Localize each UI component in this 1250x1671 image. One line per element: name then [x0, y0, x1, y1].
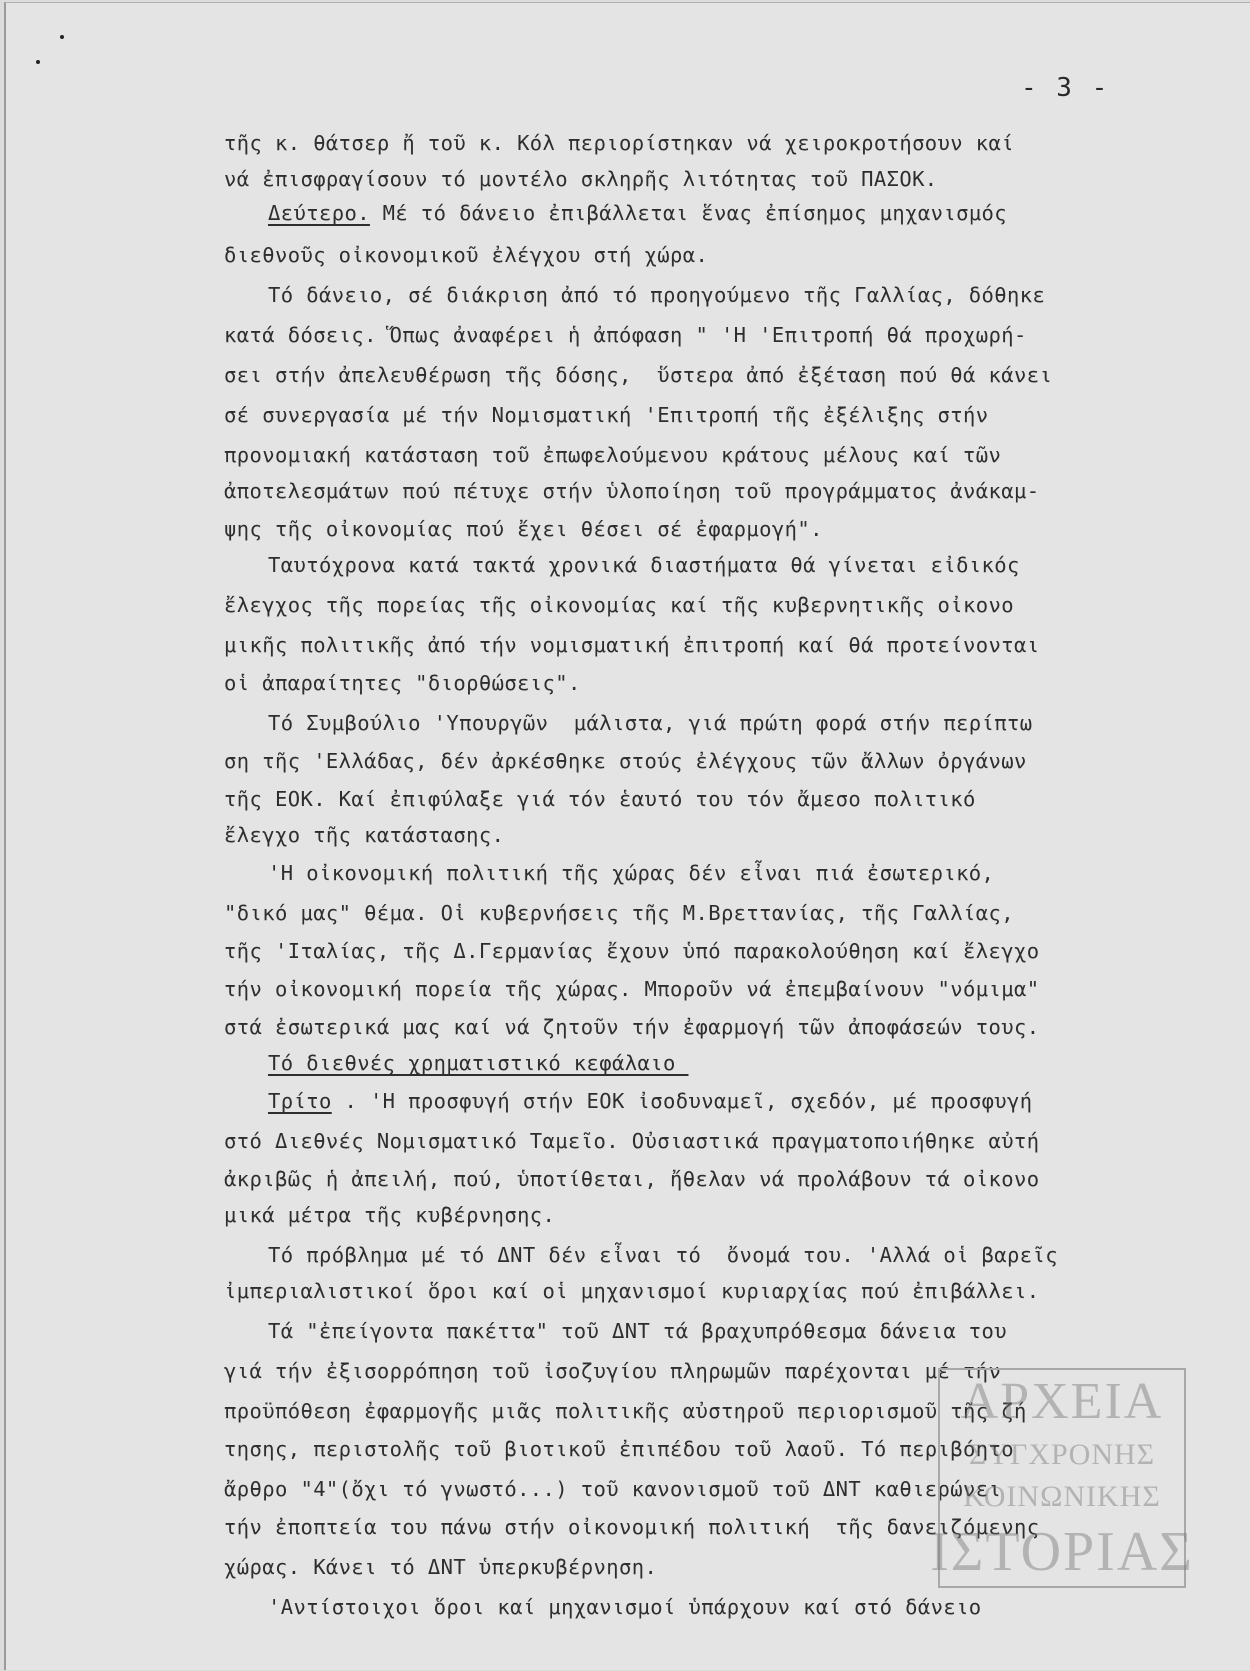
- text-line: Τρίτο . 'Η προσφυγή στήν ΕΟΚ ἰσοδυναμεῖ,…: [268, 1089, 1033, 1113]
- underlined-heading: Τρίτο: [268, 1089, 332, 1113]
- text-line: Τά "ἐπείγοντα πακέττα" τοῦ ΔΝΤ τά βραχυπ…: [268, 1319, 1007, 1343]
- text-span: ψης τῆς οἰκονομίας πού ἔχει θέσει σέ ἐφα…: [224, 517, 823, 541]
- text-span: ἀκριβῶς ἡ ἀπειλή, πού, ὑποτίθεται, ἤθελα…: [224, 1167, 1040, 1191]
- text-span: ἀποτελεσμάτων πού πέτυχε στήν ὑλοποίηση …: [224, 479, 1040, 503]
- text-span: στό Διεθνές Νομισματικό Ταμεῖο. Οὐσιαστι…: [224, 1129, 1040, 1153]
- text-span: Τό Συμβούλιο 'Υπουργῶν μάλιστα, γιά πρώτ…: [268, 711, 1033, 735]
- text-line: νά ἐπισφραγίσουν τό μοντέλο σκληρῆς λιτό…: [224, 167, 938, 191]
- text-line: Ταυτόχρονα κατά τακτά χρονικά διαστήματα…: [268, 553, 1020, 577]
- text-span: ση τῆς 'Ελλάδας, δέν ἀρκέσθηκε στούς ἐλέ…: [224, 749, 1027, 773]
- page-number: - 3 -: [1021, 73, 1109, 103]
- text-span: τῆς 'Ιταλίας, τῆς Δ.Γερμανίας ἔχουν ὑπό …: [224, 939, 1040, 963]
- watermark-line: ΚΟΙΝΩΝΙΚΗΣ: [963, 1482, 1161, 1512]
- text-line: τησης, περιστολῆς τοῦ βιοτικοῦ ἐπιπέδου …: [224, 1437, 1014, 1461]
- text-line: τῆς κ. θάτσερ ἤ τοῦ κ. Κόλ περιορίστηκαν…: [224, 131, 1014, 155]
- text-line: ἔλεγχο τῆς κατάστασης.: [224, 823, 504, 847]
- text-span: . 'Η προσφυγή στήν ΕΟΚ ἰσοδυναμεῖ, σχεδό…: [332, 1089, 1033, 1113]
- text-line: στά ἐσωτερικά μας καί νά ζητοῦν τήν ἐφαρ…: [224, 1015, 1040, 1039]
- text-line: προϋπόθεση ἐφαρμογῆς μιᾶς πολιτικῆς αὐστ…: [224, 1399, 1027, 1423]
- text-span: "δικό μας" θέμα. Οἱ κυβερνήσεις τῆς Μ.Βρ…: [224, 901, 1014, 925]
- watermark-line: ΑΡΧΕΙΑ: [961, 1376, 1164, 1428]
- underlined-heading: Δεύτερο.: [268, 201, 370, 225]
- text-span: Μέ τό δάνειο ἐπιβάλλεται ἕνας ἐπίσημος μ…: [370, 201, 1007, 225]
- watermark-line: ΙΣΤΟΡΙΑΣ: [930, 1524, 1194, 1580]
- text-line: ἄρθρο "4"(ὄχι τό γνωστό...) τοῦ κανονισμ…: [224, 1477, 1001, 1501]
- text-line: μικῆς πολιτικῆς ἀπό τήν νομισματική ἐπιτ…: [224, 633, 1040, 657]
- text-span: Τό δάνειο, σέ διάκριση ἀπό τό προηγούμεν…: [268, 283, 1045, 307]
- text-line: 'Η οἰκονομική πολιτική τῆς χώρας δέν εἶν…: [268, 861, 994, 885]
- text-line: στό Διεθνές Νομισματικό Ταμεῖο. Οὐσιαστι…: [224, 1129, 1040, 1153]
- text-span: 'Αντίστοιχοι ὅροι καί μηχανισμοί ὑπάρχου…: [268, 1595, 982, 1619]
- text-line: ση τῆς 'Ελλάδας, δέν ἀρκέσθηκε στούς ἐλέ…: [224, 749, 1027, 773]
- text-line: ἔλεγχος τῆς πορείας τῆς οἰκονομίας καί τ…: [224, 593, 1014, 617]
- text-line: ἰμπεριαλιστικοί ὅροι καί οἱ μηχανισμοί κ…: [224, 1279, 1040, 1303]
- text-line: διεθνοῦς οἰκονομικοῦ ἐλέγχου στή χώρα.: [224, 243, 708, 267]
- text-line: γιά τήν ἐξισορρόπηση τοῦ ἰσοζυγίου πληρω…: [224, 1359, 1001, 1383]
- text-line: 'Αντίστοιχοι ὅροι καί μηχανισμοί ὑπάρχου…: [268, 1595, 982, 1619]
- text-line: χώρας. Κάνει τό ΔΝΤ ὑπερκυβέρνηση.: [224, 1555, 657, 1579]
- text-line: τῆς 'Ιταλίας, τῆς Δ.Γερμανίας ἔχουν ὑπό …: [224, 939, 1040, 963]
- text-span: σέ συνεργασία μέ τήν Νομισματική 'Επιτρο…: [224, 403, 989, 427]
- text-line: ἀποτελεσμάτων πού πέτυχε στήν ὑλοποίηση …: [224, 479, 1040, 503]
- text-span: 'Η οἰκονομική πολιτική τῆς χώρας δέν εἶν…: [268, 861, 994, 885]
- text-span: ἰμπεριαλιστικοί ὅροι καί οἱ μηχανισμοί κ…: [224, 1279, 1040, 1303]
- text-span: προνομιακή κατάσταση τοῦ ἐπωφελούμενου κ…: [224, 443, 1001, 467]
- scanned-page: - 3 - τῆς κ. θάτσερ ἤ τοῦ κ. Κόλ περιορί…: [4, 2, 1250, 1670]
- text-span: ἄρθρο "4"(ὄχι τό γνωστό...) τοῦ κανονισμ…: [224, 1477, 1001, 1501]
- underlined-heading: Τό διεθνές χρηματιστικό κεφάλαιο: [268, 1051, 689, 1075]
- text-line: Τό πρόβλημα μέ τό ΔΝΤ δέν εἶναι τό ὄνομά…: [268, 1243, 1058, 1267]
- text-line: Τό διεθνές χρηματιστικό κεφάλαιο: [268, 1051, 689, 1075]
- text-span: τήν ἐποπτεία του πάνω στήν οἰκονομική πο…: [224, 1515, 1040, 1539]
- text-span: μικά μέτρα τῆς κυβέρνησης.: [224, 1203, 555, 1227]
- ink-speck: [60, 35, 64, 39]
- text-span: Τά "ἐπείγοντα πακέττα" τοῦ ΔΝΤ τά βραχυπ…: [268, 1319, 1007, 1343]
- text-line: τήν οἰκονομική πορεία τῆς χώρας. Μποροῦν…: [224, 977, 1040, 1001]
- text-line: "δικό μας" θέμα. Οἱ κυβερνήσεις τῆς Μ.Βρ…: [224, 901, 1014, 925]
- text-span: τῆς ΕΟΚ. Καί ἐπιφύλαξε γιά τόν ἑαυτό του…: [224, 787, 976, 811]
- text-line: Δεύτερο. Μέ τό δάνειο ἐπιβάλλεται ἕνας ἐ…: [268, 201, 1007, 225]
- text-span: στά ἐσωτερικά μας καί νά ζητοῦν τήν ἐφαρ…: [224, 1015, 1040, 1039]
- text-line: τήν ἐποπτεία του πάνω στήν οἰκονομική πο…: [224, 1515, 1040, 1539]
- watermark-line: ΣΥΓΧΡΟΝΗΣ: [969, 1440, 1155, 1470]
- text-span: τῆς κ. θάτσερ ἤ τοῦ κ. Κόλ περιορίστηκαν…: [224, 131, 1014, 155]
- archive-watermark-stamp: ΑΡΧΕΙΑ ΣΥΓΧΡΟΝΗΣ ΚΟΙΝΩΝΙΚΗΣ ΙΣΤΟΡΙΑΣ: [938, 1368, 1186, 1588]
- text-span: τησης, περιστολῆς τοῦ βιοτικοῦ ἐπιπέδου …: [224, 1437, 1014, 1461]
- ink-speck: [36, 60, 40, 64]
- text-span: οἱ ἀπαραίτητες "διορθώσεις".: [224, 671, 581, 695]
- text-span: τήν οἰκονομική πορεία τῆς χώρας. Μποροῦν…: [224, 977, 1040, 1001]
- text-line: τῆς ΕΟΚ. Καί ἐπιφύλαξε γιά τόν ἑαυτό του…: [224, 787, 976, 811]
- text-line: ψης τῆς οἰκονομίας πού ἔχει θέσει σέ ἐφα…: [224, 517, 823, 541]
- text-span: Ταυτόχρονα κατά τακτά χρονικά διαστήματα…: [268, 553, 1020, 577]
- text-span: ἔλεγχος τῆς πορείας τῆς οἰκονομίας καί τ…: [224, 593, 1014, 617]
- text-span: γιά τήν ἐξισορρόπηση τοῦ ἰσοζυγίου πληρω…: [224, 1359, 1001, 1383]
- text-line: σέ συνεργασία μέ τήν Νομισματική 'Επιτρο…: [224, 403, 989, 427]
- text-span: σει στήν ἀπελευθέρωση τῆς δόσης, ὕστερα …: [224, 363, 1052, 387]
- text-line: κατά δόσεις. Ὅπως ἀναφέρει ἡ ἀπόφαση " '…: [224, 323, 1027, 347]
- text-line: Τό δάνειο, σέ διάκριση ἀπό τό προηγούμεν…: [268, 283, 1045, 307]
- text-line: μικά μέτρα τῆς κυβέρνησης.: [224, 1203, 555, 1227]
- text-span: χώρας. Κάνει τό ΔΝΤ ὑπερκυβέρνηση.: [224, 1555, 657, 1579]
- text-span: μικῆς πολιτικῆς ἀπό τήν νομισματική ἐπιτ…: [224, 633, 1040, 657]
- text-line: οἱ ἀπαραίτητες "διορθώσεις".: [224, 671, 581, 695]
- text-span: προϋπόθεση ἐφαρμογῆς μιᾶς πολιτικῆς αὐστ…: [224, 1399, 1027, 1423]
- text-span: διεθνοῦς οἰκονομικοῦ ἐλέγχου στή χώρα.: [224, 243, 708, 267]
- text-line: Τό Συμβούλιο 'Υπουργῶν μάλιστα, γιά πρώτ…: [268, 711, 1033, 735]
- text-line: σει στήν ἀπελευθέρωση τῆς δόσης, ὕστερα …: [224, 363, 1052, 387]
- text-line: προνομιακή κατάσταση τοῦ ἐπωφελούμενου κ…: [224, 443, 1001, 467]
- text-span: ἔλεγχο τῆς κατάστασης.: [224, 823, 504, 847]
- text-span: νά ἐπισφραγίσουν τό μοντέλο σκληρῆς λιτό…: [224, 167, 938, 191]
- text-span: κατά δόσεις. Ὅπως ἀναφέρει ἡ ἀπόφαση " '…: [224, 323, 1027, 347]
- text-span: Τό πρόβλημα μέ τό ΔΝΤ δέν εἶναι τό ὄνομά…: [268, 1243, 1058, 1267]
- text-line: ἀκριβῶς ἡ ἀπειλή, πού, ὑποτίθεται, ἤθελα…: [224, 1167, 1040, 1191]
